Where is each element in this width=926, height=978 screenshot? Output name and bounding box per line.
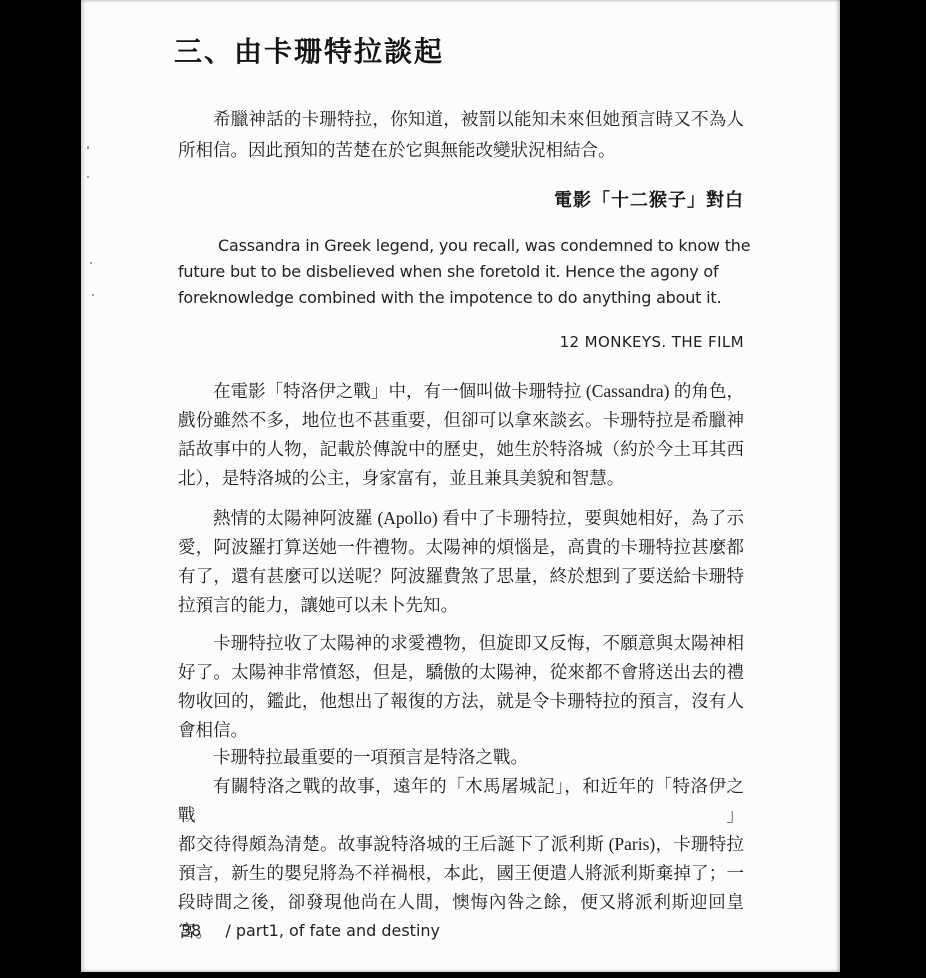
scan-speck [87,146,89,149]
page-number: 38 [181,921,201,940]
text-line: 愛，阿波羅打算送她一件禮物。太陽神的煩惱是，高貴的卡珊特拉甚麼都 [178,533,744,562]
text-line: 拉預言的能力，讓她可以未卜先知。 [178,591,744,620]
scan-speck [92,294,94,296]
section-title: / part1, of fate and destiny [225,921,440,940]
epigraph-english: Cassandra in Greek legend, you recall, w… [178,233,744,311]
text-line: 有關特洛之戰的故事，遠年的「木馬屠城記」，和近年的「特洛伊之戰」 [178,772,744,830]
book-page: 三、由卡珊特拉談起 希臘神話的卡珊特拉，你知道，被罰以能知未來但她預言時又不為人… [81,0,840,972]
scan-speck [87,176,89,178]
text-line: 都交待得頗為清楚。故事說特洛城的王后誕下了派利斯 (Paris)，卡珊特拉 [178,830,744,859]
body-paragraph-4: 卡珊特拉最重要的一項預言是特洛之戰。 [178,743,744,772]
scan-speck [90,262,92,264]
text-line: 話故事中的人物，記載於傳說中的歷史，她生於特洛城（約於今土耳其西 [178,435,744,464]
text-line: Cassandra in Greek legend, you recall, w… [178,233,744,259]
text-line: 在電影「特洛伊之戰」中，有一個叫做卡珊特拉 (Cassandra) 的角色， [178,377,744,406]
text-line: 所相信。因此預知的苦楚在於它與無能改變狀況相結合。 [178,135,744,166]
text-line: 會相信。 [178,716,744,745]
text-line: 熱情的太陽神阿波羅 (Apollo) 看中了卡珊特拉，要與她相好，為了示 [178,504,744,533]
epigraph-english-attribution: 12 MONKEYS. THE FILM [178,333,744,351]
text-line: 有了，還有甚麼可以送呢？阿波羅費煞了思量，終於想到了要送給卡珊特 [178,562,744,591]
text-line: 希臘神話的卡珊特拉，你知道，被罰以能知未來但她預言時又不為人 [178,104,744,135]
body-paragraph-3: 卡珊特拉收了太陽神的求愛禮物，但旋即又反悔，不願意與太陽神相好了。太陽神非常憤怒… [178,629,744,745]
body-paragraph-2: 熱情的太陽神阿波羅 (Apollo) 看中了卡珊特拉，要與她相好，為了示愛，阿波… [178,504,744,620]
page-footer: 38 / part1, of fate and destiny [181,921,440,940]
text-line: 卡珊特拉收了太陽神的求愛禮物，但旋即又反悔，不願意與太陽神相 [178,629,744,658]
epigraph-chinese-attribution: 電影「十二猴子」對白 [178,186,744,212]
text-line: 好了。太陽神非常憤怒，但是，驕傲的太陽神，從來都不會將送出去的禮 [178,658,744,687]
body-paragraph-1: 在電影「特洛伊之戰」中，有一個叫做卡珊特拉 (Cassandra) 的角色，戲份… [178,377,744,493]
text-line: 北），是特洛城的公主，身家富有，並且兼具美貌和智慧。 [178,464,744,493]
body-paragraph-5: 有關特洛之戰的故事，遠年的「木馬屠城記」，和近年的「特洛伊之戰」都交待得頗為清楚… [178,772,744,946]
text-line: future but to be disbelieved when she fo… [178,259,744,285]
text-line: foreknowledge combined with the impotenc… [178,285,744,311]
epigraph-chinese: 希臘神話的卡珊特拉，你知道，被罰以能知未來但她預言時又不為人所相信。因此預知的苦… [178,104,744,166]
text-line: 卡珊特拉最重要的一項預言是特洛之戰。 [178,743,744,772]
text-line: 物收回的，鑑此，他想出了報復的方法，就是令卡珊特拉的預言，沒有人 [178,687,744,716]
text-line: 戲份雖然不多，地位也不甚重要，但卻可以拿來談玄。卡珊特拉是希臘神 [178,406,744,435]
section-heading: 三、由卡珊特拉談起 [174,30,444,70]
text-line: 預言，新生的嬰兒將為不祥禍根，本此，國王便遣人將派利斯棄掉了；一 [178,859,744,888]
